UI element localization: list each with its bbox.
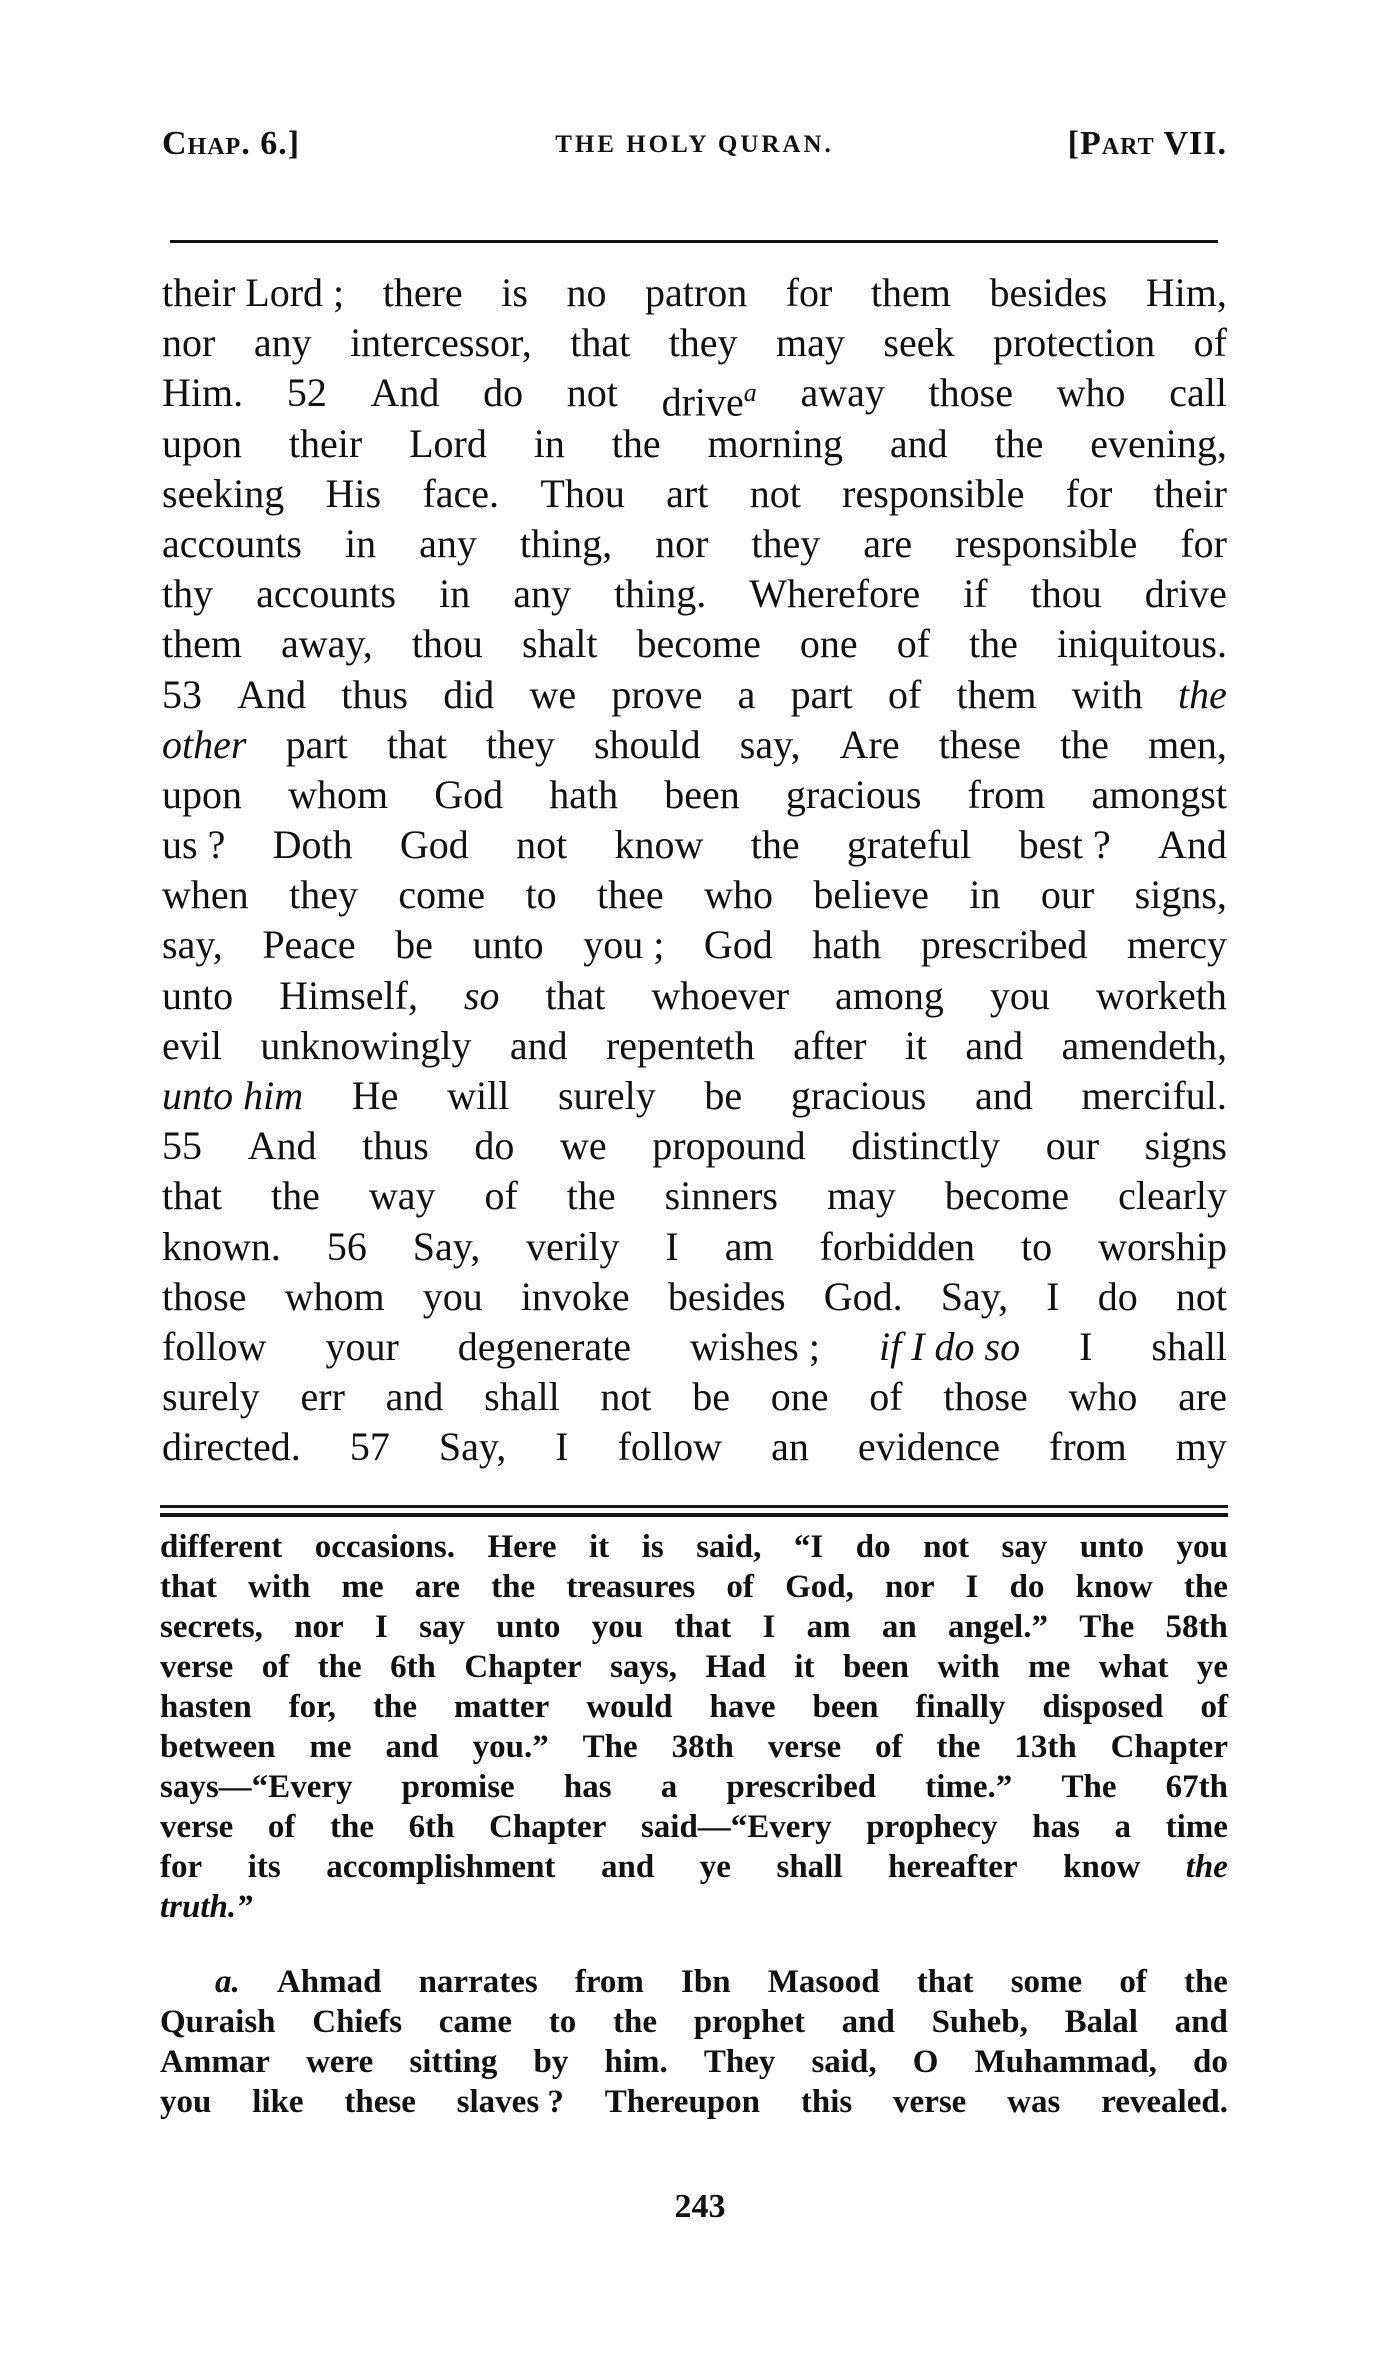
word: they [486,720,555,770]
word: said, [811,2042,876,2082]
word: face. [422,469,499,519]
word: you [423,1272,483,1322]
text-line: secrets,norIsayuntoyouthatIamanangel.”Th… [160,1607,1228,1647]
word: it [589,1527,609,1567]
word: part [791,670,853,720]
word: The [1079,1607,1134,1647]
header-rule [170,240,1218,243]
word: in [969,870,1000,920]
word: intercessor, [350,318,532,368]
word: know [1076,1567,1153,1607]
word: I [1046,1272,1059,1322]
word: of [726,1567,754,1607]
word: verse [160,1647,233,1687]
word: matter [454,1687,549,1727]
word: you [592,1607,643,1647]
word: err [301,1372,345,1422]
word: of [888,670,921,720]
word: gracious [791,1071,927,1121]
word: I [555,1422,568,1472]
word: the [491,1567,535,1607]
word: finally [916,1687,1006,1727]
word: this [801,2082,852,2122]
word: been [664,770,740,820]
word: one [800,619,858,669]
word: has [1032,1807,1080,1847]
word: unknowingly [260,1021,471,1071]
word: us ? [162,820,225,870]
word: has [564,1767,612,1807]
word: verse [893,2082,966,2122]
word: Himself, [279,971,418,1021]
word: not [750,469,801,519]
word: of [268,1807,296,1847]
word: occasions. [315,1527,455,1567]
word: for [160,1847,202,1887]
word: distinctly [851,1121,1000,1171]
word: signs [1145,1121,1227,1171]
word: says, [610,1647,677,1687]
word: if I do so [879,1322,1020,1372]
word: say [419,1607,465,1647]
word: in [345,519,376,569]
word: for [1180,519,1227,569]
word: any [419,519,477,569]
word: known. [162,1222,281,1272]
word: a. [215,1962,240,2002]
word: Ibn [681,1962,731,2002]
word: you [1177,1527,1228,1567]
text-line: QuraishChiefscametotheprophetandSuheb,Ba… [160,2002,1228,2042]
word: these [939,720,1021,770]
word: ye [1197,1647,1228,1687]
word: revealed. [1101,2082,1228,2122]
word: is [501,268,528,318]
word: become [637,619,761,669]
word: way [369,1171,436,1221]
word: those [929,368,1013,418]
word: Chapter [489,1807,606,1847]
word: and [965,1021,1023,1071]
word: know [615,820,704,870]
word: their Lord ; [162,268,344,318]
word: Ahmad [277,1962,382,2002]
word: not [923,1527,969,1567]
word: thing, [520,519,612,569]
word: ye [700,1847,731,1887]
word: shall [1151,1322,1227,1372]
word: do [474,1121,514,1171]
word: sinners [665,1171,778,1221]
text-line: differentoccasions.Hereitissaid,“Idonots… [160,1527,1228,1567]
word: time.” [925,1767,1012,1807]
word: that [570,318,630,368]
word: is [642,1527,664,1567]
word: if [963,569,987,619]
word: best ? [1019,820,1111,870]
word: forbidden [820,1222,976,1272]
word: worship [1098,1222,1227,1272]
word: Him, [1146,268,1227,318]
word: to [525,870,556,920]
word: and [385,1727,438,1767]
text-line: verseofthe6thChaptersaid—“Everyprophecyh… [160,1807,1228,1847]
word: the [271,1171,320,1221]
word: the [330,1807,374,1847]
word: we [530,670,577,720]
word: verily [526,1222,619,1272]
text-line: hastenfor,thematterwouldhavebeenfinallyd… [160,1687,1228,1727]
word: prophecy [866,1807,997,1847]
word: not [567,368,618,418]
word: prescribed [921,920,1088,970]
word: an [882,1607,917,1647]
word: They [704,2042,776,2082]
word: I [762,1607,775,1647]
word: part [286,720,348,770]
word: evening, [1090,419,1227,469]
word: And [1158,820,1227,870]
word: believe [813,870,929,920]
text-line: thyaccountsinanything.Whereforeifthoudri… [162,569,1227,619]
word: says—“Every [160,1767,353,1807]
text-line: says—“Everypromisehasaprescribedtime.”Th… [160,1767,1228,1807]
word: Are [840,720,900,770]
word: for [786,268,833,318]
word: hath [812,920,881,970]
word: responsible [842,469,1024,519]
word: we [560,1121,607,1171]
word: The [1061,1767,1116,1807]
text-line: us ?DothGodnotknowthegratefulbest ?And [162,820,1227,870]
word: a [1115,1807,1132,1847]
word: other [162,720,246,770]
word: God, [785,1567,854,1607]
word: their [1154,469,1227,519]
word: 53 [162,670,202,720]
word: who [1069,1372,1138,1422]
word: who [704,870,773,920]
word: Muhammad, [974,2042,1156,2082]
word: from [1049,1422,1127,1472]
word: Chapter [1111,1727,1228,1767]
word: nor [655,519,708,569]
word: O [913,2042,939,2082]
word: will [447,1071,509,1121]
word: God. [824,1272,903,1322]
word: and [975,1071,1033,1121]
word: Doth [273,820,353,870]
word: degenerate [458,1322,631,1372]
text-line: foritsaccomplishmentandyeshallhereafterk… [160,1847,1228,1887]
word: hereafter [888,1847,1017,1887]
word: drivea [662,368,757,418]
word: God [434,770,503,820]
text-line: truth.” [160,1887,1228,1927]
word: accomplishment [326,1847,555,1887]
word: “I [794,1527,823,1567]
word: am [807,1607,851,1647]
word: sitting [409,2042,497,2082]
word: are [863,519,912,569]
word: unto [473,920,544,970]
word: 67th [1166,1767,1228,1807]
word: the [318,1647,362,1687]
word: and [601,1847,654,1887]
word: whom [285,1272,385,1322]
word: drive [1145,569,1227,619]
word: by [534,2042,569,2082]
word: 6th [409,1807,455,1847]
word: when [162,870,249,920]
word: have [710,1687,776,1727]
word: Chapter [464,1647,581,1687]
word: do [1098,1272,1138,1322]
word: amendeth, [1061,1021,1227,1071]
word: and [510,1021,568,1071]
word: were [306,2042,373,2082]
word: become [945,1171,1069,1221]
word: one [771,1372,829,1422]
word: Say, [413,1222,480,1272]
word: my [1176,1422,1227,1472]
word: that [674,1607,731,1647]
word: unto [162,971,233,1021]
word: thus [341,670,408,720]
word: among [835,971,944,1021]
word: come [398,870,485,920]
word: would [586,1687,672,1727]
word: and [890,419,948,469]
word: Chiefs [312,2002,402,2042]
word: any [254,318,312,368]
word: 6th [390,1647,436,1687]
word: Quraish [160,2002,276,2042]
text-line: betweenmeandyou.”The38thverseofthe13thCh… [160,1727,1228,1767]
word: with [937,1647,999,1687]
word: the [613,2002,657,2042]
word: may [827,1171,896,1221]
text-line: 55Andthusdowepropounddistinctlyoursigns [162,1121,1227,1171]
word: should [594,720,701,770]
word: thou [1031,569,1102,619]
word: of [484,1171,517,1221]
word: been [843,1647,909,1687]
text-line: Him.52Anddonotdriveaawaythosewhocall [162,368,1227,418]
word: from [575,1962,644,2002]
text-line: known.56Say,verilyIamforbiddentoworship [162,1222,1227,1272]
word: mercy [1127,920,1227,970]
word: Here [487,1527,556,1567]
word: Say, [941,1272,1008,1322]
word: thy [162,569,213,619]
word: narrates [419,1962,538,2002]
word: treasures [566,1567,695,1607]
word: I [665,1222,678,1272]
word: to [1021,1222,1052,1272]
text-line: thatwithmearethetreasuresofGod,norIdokno… [160,1567,1228,1607]
word: not [1176,1272,1227,1322]
text-line: 53Andthusdidweproveapartofthemwiththe [162,670,1227,720]
word: say, [740,720,801,770]
word: 38th [672,1727,734,1767]
word: upon [162,419,242,469]
word: those [943,1372,1027,1422]
word: hath [549,770,618,820]
text-line: upontheirLordinthemorningandtheevening, [162,419,1227,469]
word: 13th [1014,1727,1076,1767]
word: the [969,619,1018,669]
word: between [160,1727,275,1767]
word: surely [162,1372,260,1422]
word: I [1079,1322,1092,1372]
text-line: unto himHewillsurelybegraciousandmercifu… [162,1071,1227,1121]
word: me [342,1567,384,1607]
word: and [386,1372,444,1422]
word: prophet [694,2002,805,2042]
word: was [1007,2082,1060,2122]
word: be [395,920,433,970]
word: the [751,820,800,870]
word: them [162,619,242,669]
word: for, [289,1687,336,1727]
word: and [1175,2002,1228,2042]
text-line: thatthewayofthesinnersmaybecomeclearly [162,1171,1227,1221]
word: evidence [858,1422,1000,1472]
footnote-rule-upper [160,1505,1228,1508]
word: an [771,1422,809,1472]
word: accounts [162,519,302,569]
word: nor [162,318,215,368]
word: responsible [955,519,1137,569]
word: the [936,1727,980,1767]
word: a [661,1767,678,1807]
text-line: directed.57Say,Ifollowanevidencefrommy [162,1422,1227,1472]
word: said—“Every [641,1807,832,1847]
word: iniquitous. [1057,619,1227,669]
word: prove [611,670,702,720]
word: me [309,1727,351,1767]
word: whoever [651,971,789,1021]
text-line: verseofthe6thChaptersays,Haditbeenwithme… [160,1647,1228,1687]
word: said, [696,1527,761,1567]
word: the [1060,720,1109,770]
word: truth.” [160,1887,253,1927]
word: thing. [614,569,706,619]
word: the [1184,1567,1228,1607]
word: worketh [1096,971,1227,1021]
word: with [1072,670,1143,720]
word: the [995,419,1044,469]
word: seeking [162,469,284,519]
word: who [1057,368,1126,418]
text-line: noranyintercessor,thattheymayseekprotect… [162,318,1227,368]
word: not [600,1372,651,1422]
word: you.” [473,1727,549,1767]
text-line: accountsinanything,northeyareresponsible… [162,519,1227,569]
word: that [162,1171,222,1221]
word: His [326,469,382,519]
word: Him. [162,368,243,418]
word: their [289,419,362,469]
word: our [1041,870,1094,920]
word: And [237,670,306,720]
word: do [1010,1567,1045,1607]
text-line: uponwhomGodhathbeengraciousfromamongst [162,770,1227,820]
word: evil [162,1021,222,1071]
word: merciful. [1081,1071,1227,1121]
book-page: Chap. 6.] The Holy Quran. [Part VII. the… [0,0,1400,2360]
word: call [1169,368,1227,418]
word: invoke [521,1272,630,1322]
word: came [439,2002,512,2042]
word: those [162,1272,246,1322]
word: God [400,820,469,870]
word: unto [496,1607,560,1647]
word: not [516,820,567,870]
word: time [1166,1807,1228,1847]
text-line: surelyerrandshallnotbeoneofthosewhoare [162,1372,1227,1422]
word: propound [652,1121,805,1171]
word: with [248,1567,310,1607]
word: that [387,720,447,770]
word: I [966,1567,979,1607]
word: shalt [522,619,598,669]
word: promise [402,1767,515,1807]
word: of [1194,318,1227,368]
word: in [534,419,565,469]
text-line: themaway,thoushaltbecomeoneoftheiniquito… [162,619,1227,669]
word: some [1011,1962,1082,2002]
word: Had [705,1647,766,1687]
word: am [725,1222,774,1272]
word: like [252,2082,303,2122]
word: whom [288,770,388,820]
text-line: thosewhomyouinvokebesidesGod.Say,Idonot [162,1272,1227,1322]
word: 57 [350,1422,390,1472]
word: Lord [409,419,487,469]
word: any [513,569,571,619]
word: Balal [1065,2002,1138,2042]
word: And [371,368,440,418]
word: besides [668,1272,786,1322]
word: them [871,268,951,318]
footnote-marker-a: a [744,378,757,407]
word: accounts [256,569,396,619]
word: God [704,920,773,970]
word: they [751,519,820,569]
word: you ; [583,920,664,970]
word: me [1028,1647,1070,1687]
word: and [842,2002,895,2042]
word: after [793,1021,866,1071]
text-line: Ammarweresittingbyhim.Theysaid,OMuhammad… [160,2042,1228,2082]
word: clearly [1118,1171,1227,1221]
word: him. [604,2042,667,2082]
word: been [813,1687,879,1727]
word: shall [484,1372,560,1422]
word: nor [885,1567,935,1607]
word: be [704,1071,742,1121]
word: your [325,1322,398,1372]
word: of [869,1372,902,1422]
word: the [1186,1847,1228,1887]
footnote-rule-lower [160,1513,1228,1517]
text-line: say,Peacebeuntoyou ;Godhathprescribedmer… [162,920,1227,970]
word: 52 [287,368,327,418]
word: they [289,870,358,920]
word: gracious [786,770,922,820]
